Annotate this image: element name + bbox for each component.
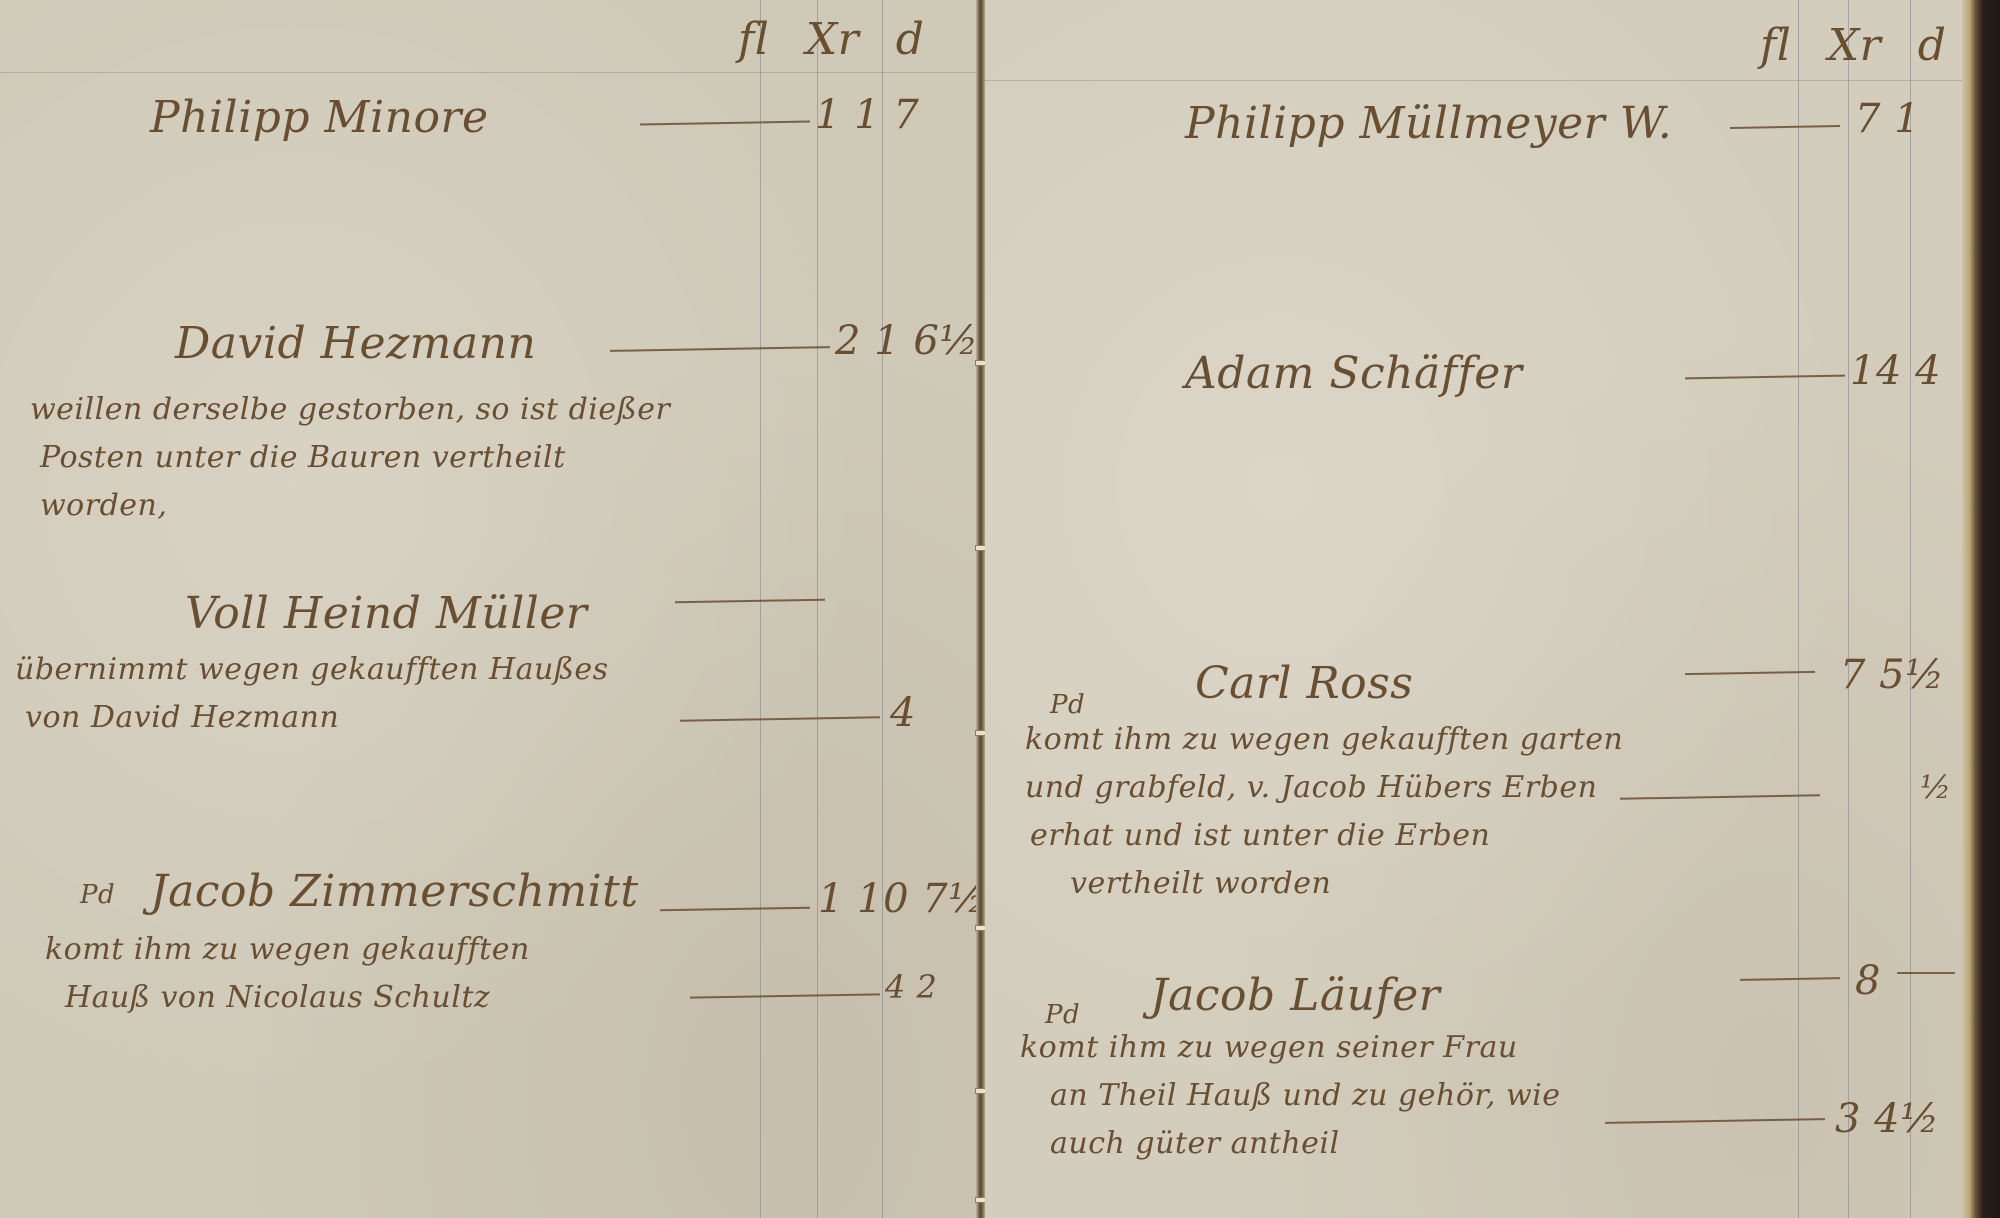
entry-name: Philipp Müllmeyer W.	[1185, 98, 1672, 149]
entry-amount: 7 5½	[1840, 652, 1950, 698]
entry-name: Jacob Zimmerschmitt	[150, 866, 639, 917]
leader-dash	[690, 993, 880, 998]
entry-line: übernimmt wegen gekaufften Haußes	[15, 652, 609, 687]
entry-name: David Hezmann	[175, 318, 536, 369]
entry-amount-second: 4 2	[885, 968, 975, 1006]
entry-line: worden,	[40, 488, 167, 523]
leader-dash	[1620, 794, 1820, 799]
entry-amount: 2 1 6½	[835, 318, 965, 364]
entry-amount: 1 1 7	[815, 92, 965, 138]
entry-amount: 4	[890, 690, 970, 736]
column-rule-fl	[1798, 0, 1799, 1218]
leader-dash	[1685, 671, 1815, 675]
entry-line: Hauß von Nicolaus Schultz	[65, 980, 490, 1015]
entry-amount-second: ½	[1920, 768, 1950, 806]
entry-prefix: Pd	[1045, 1000, 1080, 1030]
entry-prefix: Pd	[80, 880, 115, 910]
leader-dash	[660, 907, 810, 912]
entry-amount: 1 10 7½	[818, 876, 968, 922]
leader-dash	[1685, 375, 1845, 380]
entry-name: Voll Heind Müller	[185, 588, 587, 639]
entry-amount: 7 1	[1855, 96, 1945, 142]
entry-prefix: Pd	[1050, 690, 1085, 720]
column-rule-fl	[760, 0, 761, 1218]
entry-line: komt ihm zu wegen gekaufften garten	[1025, 722, 1623, 757]
entry-line: von David Hezmann	[25, 700, 339, 735]
entry-name: Adam Schäffer	[1185, 348, 1522, 399]
leader-dash	[1605, 1118, 1825, 1124]
entry-line: weillen derselbe gestorben, so ist dieße…	[30, 392, 670, 427]
book-edge	[1962, 0, 2000, 1218]
entry-line: erhat und ist unter die Erben	[1030, 818, 1490, 853]
entry-name: Jacob Läufer	[1150, 970, 1440, 1021]
leader-dash	[680, 716, 880, 721]
top-rule	[985, 80, 1968, 81]
leader-dash	[1730, 125, 1840, 129]
entry-line: auch güter antheil	[1050, 1126, 1340, 1161]
column-rule-xr	[817, 0, 818, 1218]
entry-amount: 8	[1855, 958, 1895, 1004]
leader-dash	[1897, 972, 1955, 974]
column-rule-d	[1910, 0, 1911, 1218]
column-rule-d	[882, 0, 883, 1218]
leader-dash	[1740, 977, 1840, 981]
left-page: fl Xr d Philipp Minore 1 1 7 David Hezma…	[0, 0, 978, 1218]
entry-line: und grabfeld, v. Jacob Hübers Erben	[1025, 770, 1597, 805]
leader-dash	[610, 346, 830, 352]
entry-line: komt ihm zu wegen gekaufften	[45, 932, 530, 967]
leader-dash	[640, 121, 810, 126]
column-rule-xr	[1848, 0, 1849, 1218]
leader-dash	[675, 599, 825, 604]
entry-line: komt ihm zu wegen seiner Frau	[1020, 1030, 1518, 1065]
entry-line: an Theil Hauß und zu gehör, wie	[1050, 1078, 1561, 1113]
entry-name: Carl Ross	[1195, 658, 1413, 709]
right-page: fl Xr d Philipp Müllmeyer W. 7 1 Adam Sc…	[985, 0, 1968, 1218]
entry-line: Posten unter die Bauren vertheilt	[40, 440, 566, 475]
entry-line: vertheilt worden	[1070, 866, 1331, 901]
entry-amount-second: 3 4½	[1835, 1096, 1950, 1142]
top-rule	[0, 72, 978, 73]
column-headers: fl Xr d	[1760, 20, 1946, 71]
entry-amount: 14 4	[1850, 348, 1950, 394]
ledger-spread: fl Xr d Philipp Minore 1 1 7 David Hezma…	[0, 0, 2000, 1218]
entry-name: Philipp Minore	[150, 92, 489, 143]
column-headers: fl Xr d	[738, 14, 924, 65]
